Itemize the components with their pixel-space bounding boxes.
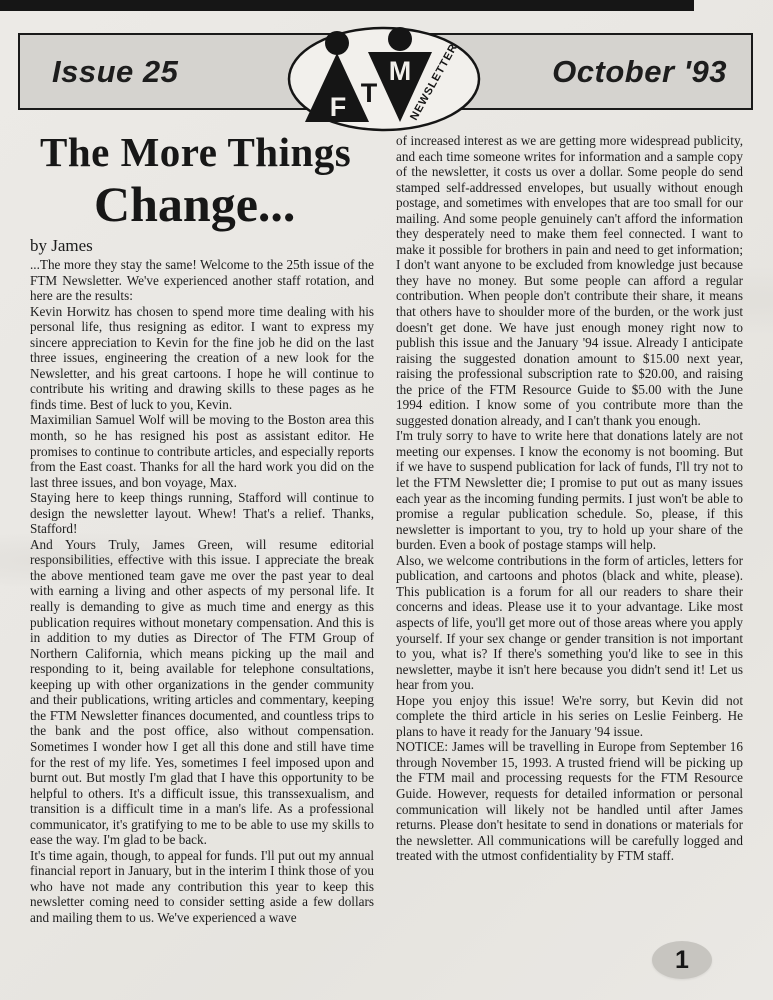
paragraph: And Yours Truly, James Green, will resum… xyxy=(30,537,374,848)
logo-letter-m: M xyxy=(389,56,412,86)
logo-figure-left-head-icon xyxy=(325,31,349,55)
paragraph: ...The more they stay the same! Welcome … xyxy=(30,257,374,304)
paragraph: Maximilian Samuel Wolf will be moving to… xyxy=(30,412,374,490)
paragraph: of increased interest as we are getting … xyxy=(396,133,743,428)
logo-figure-right-head-icon xyxy=(388,27,412,51)
paragraph: Also, we welcome contributions in the fo… xyxy=(396,553,743,693)
page-number-badge: 1 xyxy=(652,941,712,979)
paragraph: Hope you enjoy this issue! We're sorry, … xyxy=(396,693,743,740)
logo-letter-t: T xyxy=(361,78,378,108)
article-title-line2: Change... xyxy=(94,177,375,232)
scan-edge-strip xyxy=(0,0,694,11)
article-title-line1: The More Things xyxy=(40,130,375,175)
logo-letter-f: F xyxy=(330,92,347,122)
byline: by James xyxy=(30,236,93,256)
article-title: The More Things Change... xyxy=(30,130,375,232)
paragraph: NOTICE: James will be travelling in Euro… xyxy=(396,739,743,863)
date-label: October '93 xyxy=(552,54,727,90)
paragraph: Kevin Horwitz has chosen to spend more t… xyxy=(30,304,374,413)
paragraph: Staying here to keep things running, Sta… xyxy=(30,490,374,537)
paragraph: It's time again, though, to appeal for f… xyxy=(30,848,374,926)
newsletter-page: Issue 25 October '93 F T M NEWSLETTER Th… xyxy=(0,0,773,1000)
paragraph: I'm truly sorry to have to write here th… xyxy=(396,428,743,552)
page-number: 1 xyxy=(675,946,689,975)
left-column: ...The more they stay the same! Welcome … xyxy=(30,257,374,926)
issue-label: Issue 25 xyxy=(52,54,178,90)
ftm-logo-icon: F T M NEWSLETTER xyxy=(285,22,483,136)
right-column: of increased interest as we are getting … xyxy=(396,133,743,864)
